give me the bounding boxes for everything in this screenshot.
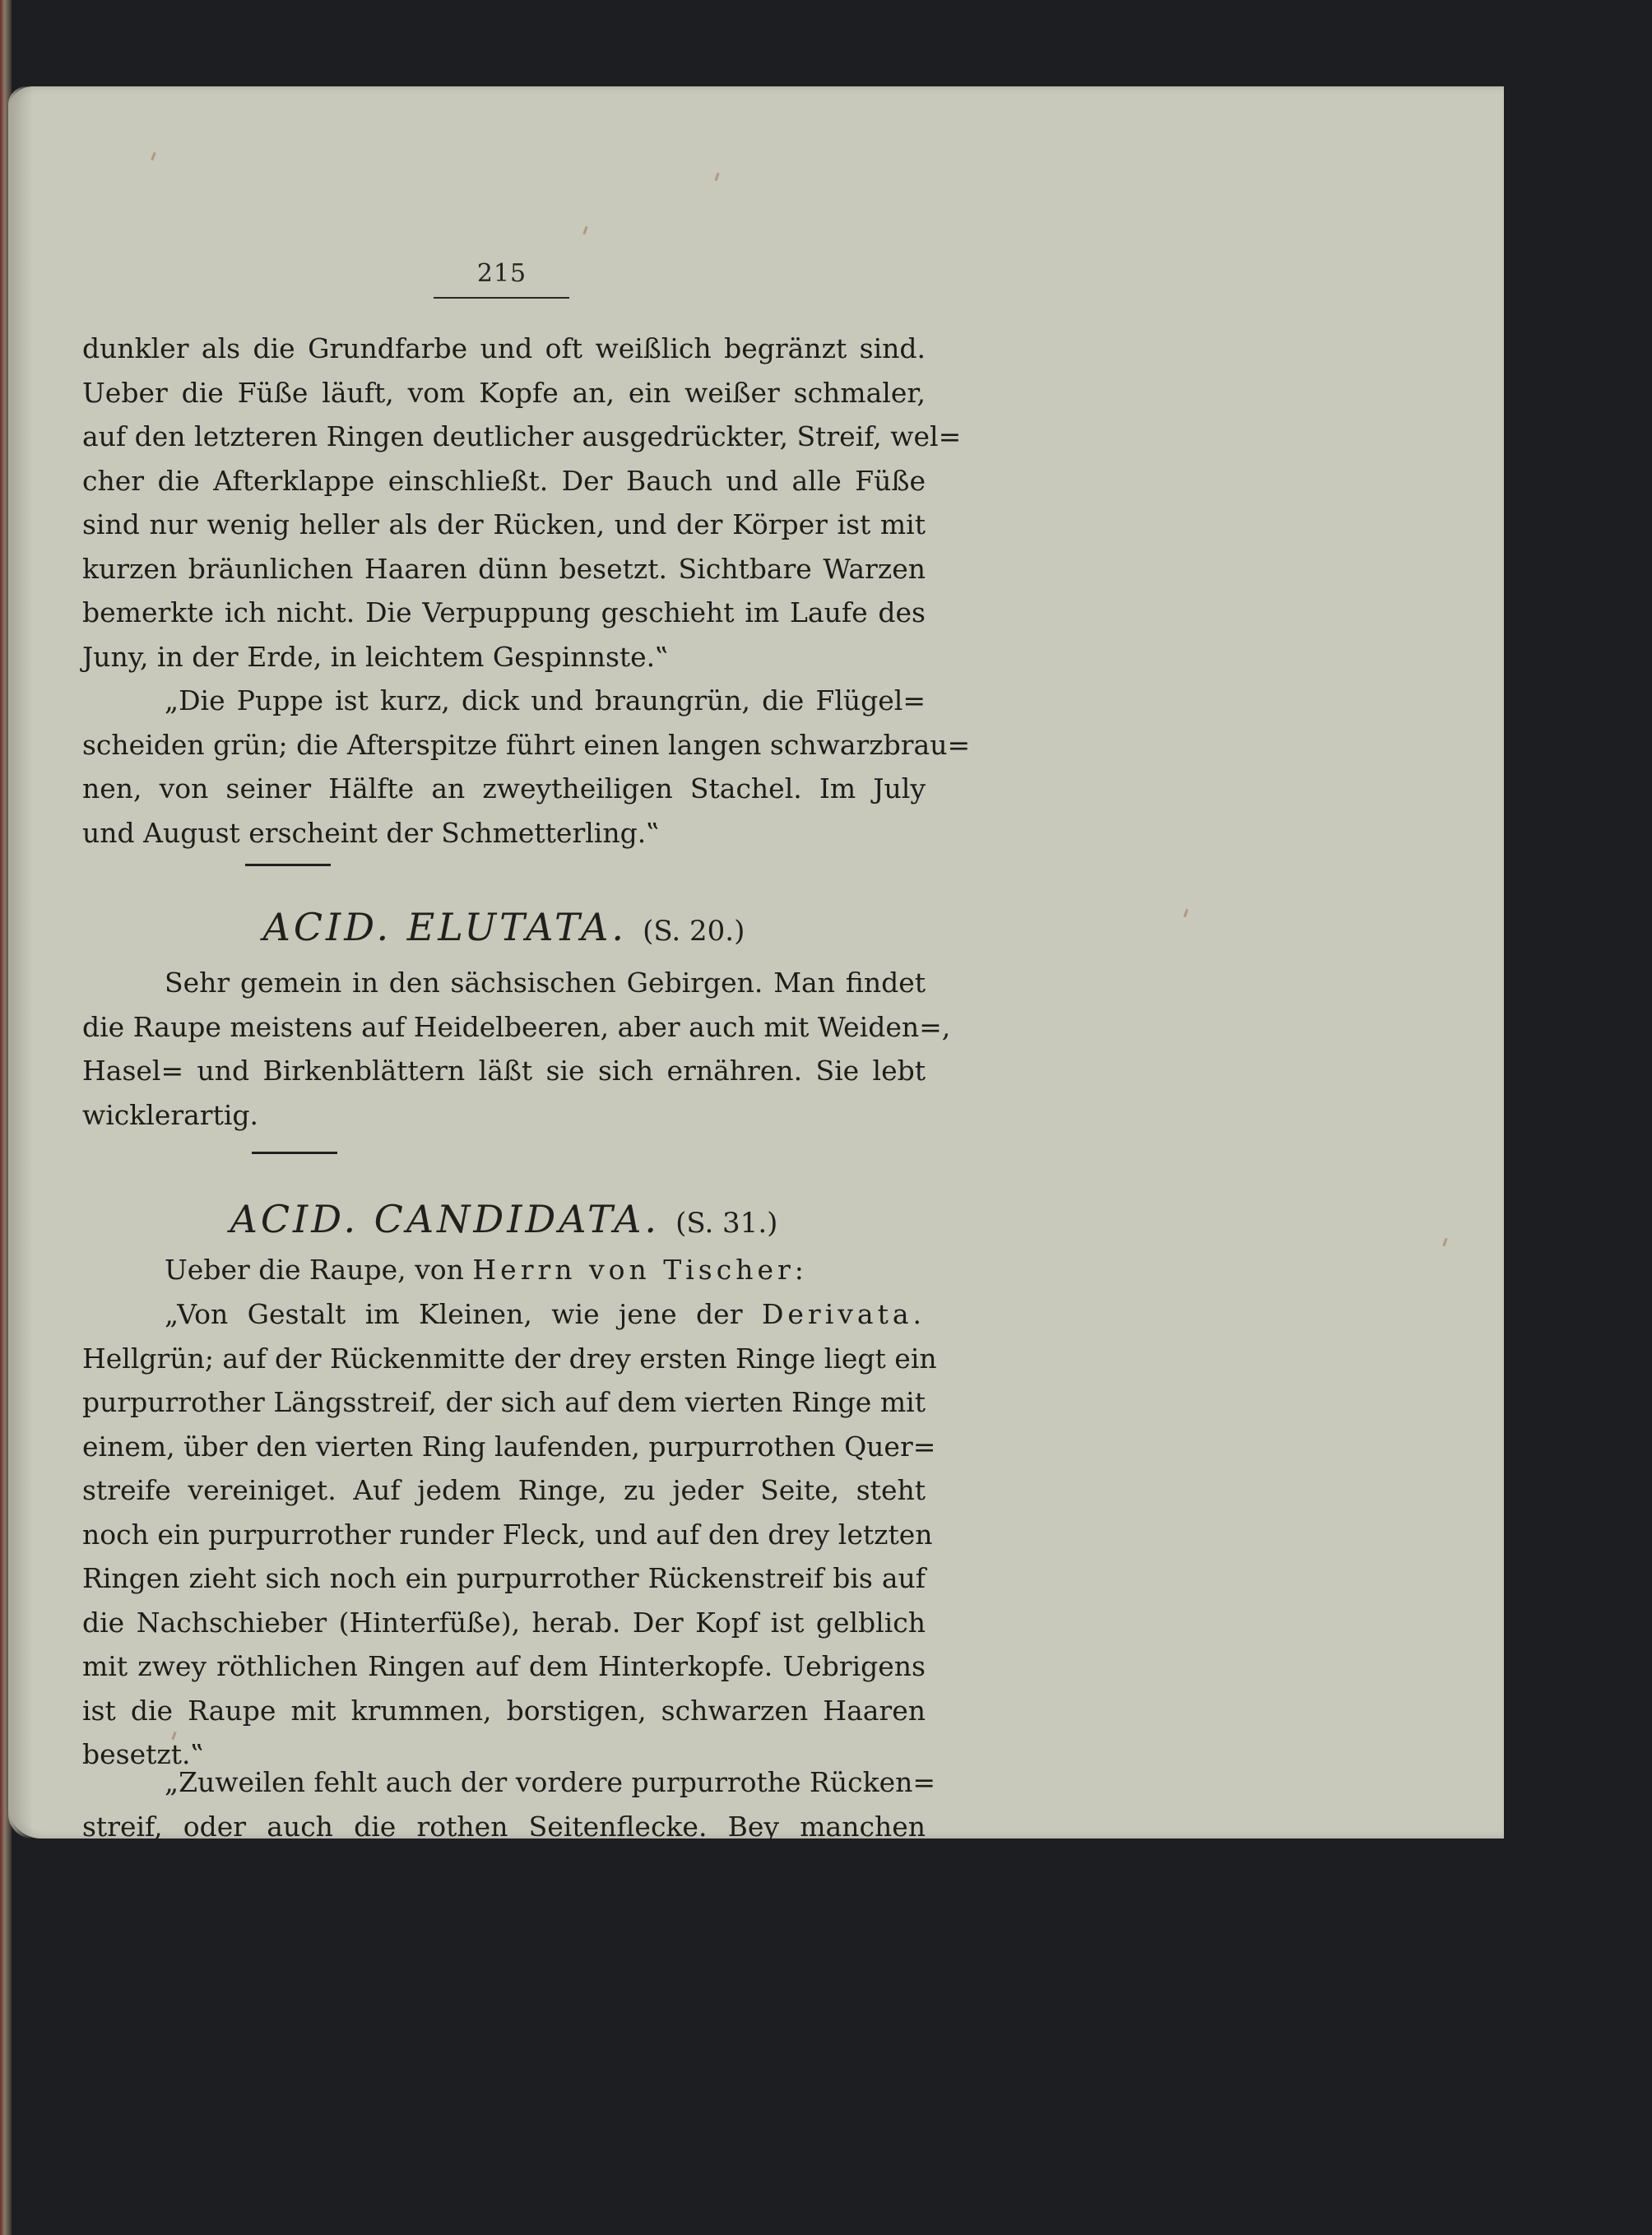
paper-speck	[1442, 1238, 1447, 1246]
paper-speck	[582, 226, 587, 234]
text-line: Juny, in der Erde, in leichtem Gespinnst…	[82, 635, 926, 679]
text-line: „Von Gestalt im Kleinen, wie jene der De…	[82, 1292, 926, 1337]
page-number-rule	[434, 297, 569, 299]
intro-text: Ueber die Raupe, von	[165, 1254, 472, 1286]
text-line: Ringen zieht sich noch ein purpurrother …	[82, 1556, 926, 1601]
text-line: mit zwey röthlichen Ringen auf dem Hinte…	[82, 1644, 926, 1689]
species-reference: Derivata.	[762, 1298, 926, 1330]
text-line: die Raupe meistens auf Heidelbeeren, abe…	[82, 1005, 926, 1050]
text-line: streife vereiniget. Auf jedem Ringe, zu …	[82, 1468, 926, 1513]
text-line: streif, oder auch die rothen Seitenfleck…	[82, 1805, 926, 1849]
paper-speck	[1183, 909, 1188, 917]
text-line: und August erscheint der Schmetterling.‟	[82, 811, 926, 856]
section-heading-candidata: ACID. CANDIDATA. (S. 31.)	[82, 1197, 926, 1241]
candidata-intro: Ueber die Raupe, von Herrn von Tischer:	[82, 1248, 926, 1292]
candidata-description-paragraph: „Von Gestalt im Kleinen, wie jene der De…	[82, 1292, 926, 1777]
elutata-paragraph: Sehr gemein in den sächsischen Gebirgen.…	[82, 961, 926, 1137]
text-line: einem, über den vierten Ring laufenden, …	[82, 1425, 926, 1469]
section-divider	[245, 864, 331, 866]
continuation-paragraph: dunkler als die Grundfarbe und oft weißl…	[82, 327, 926, 679]
text-line: ist die Raupe mit krummen, borstigen, sc…	[82, 1689, 926, 1733]
text-line: „Zuweilen fehlt auch der vordere purpurr…	[82, 1760, 926, 1805]
text-line: cher die Afterklappe einschließt. Der Ba…	[82, 459, 926, 503]
text-line: scheiden grün; die Afterspitze führt ein…	[82, 723, 926, 767]
text-line: wicklerartig.	[82, 1093, 926, 1138]
text-line: nen, von seiner Hälfte an zweytheiligen …	[82, 767, 926, 811]
text-line: „Die Puppe ist kurz, dick und braungrün,…	[82, 679, 926, 723]
species-title: ACID. ELUTATA.	[263, 905, 627, 949]
text-line: dunkler als die Grundfarbe und oft weißl…	[82, 327, 926, 371]
text-line: Sehr gemein in den sächsischen Gebirgen.…	[82, 961, 926, 1005]
text-line: die Nachschieber (Hinterfüße), herab. De…	[82, 1601, 926, 1645]
text-line: purpurrother Längsstreif, der sich auf d…	[82, 1380, 926, 1425]
candidata-variation-paragraph: „Zuweilen fehlt auch der vordere purpurr…	[82, 1760, 926, 1848]
species-title: ACID. CANDIDATA.	[230, 1197, 660, 1241]
paper-speck	[151, 152, 155, 160]
section-heading-elutata: ACID. ELUTATA. (S. 20.)	[82, 905, 926, 949]
text-line: Hasel= und Birkenblättern läßt sie sich …	[82, 1049, 926, 1093]
section-divider	[252, 1152, 337, 1154]
paper-speck	[714, 173, 719, 181]
text-line: Ueber die Raupe, von Herrn von Tischer:	[82, 1248, 926, 1292]
text-line: Hellgrün; auf der Rückenmitte der drey e…	[82, 1337, 926, 1381]
page-reference: (S. 20.)	[643, 915, 745, 948]
text-line: noch ein purpurrother runder Fleck, und …	[82, 1513, 926, 1557]
text-line: Ueber die Füße läuft, vom Kopfe an, ein …	[82, 371, 926, 415]
intro-colon: :	[795, 1254, 804, 1286]
author-name: Herrn von Tischer	[472, 1254, 794, 1286]
text-line: kurzen bräunlichen Haaren dünn besetzt. …	[82, 547, 926, 591]
text-line: sind nur wenig heller als der Rücken, un…	[82, 503, 926, 547]
page-number: 215	[428, 259, 576, 288]
quote-text: „Von Gestalt im Kleinen, wie jene der	[165, 1298, 762, 1330]
text-line: bemerkte ich nicht. Die Verpuppung gesch…	[82, 591, 926, 635]
page-reference: (S. 31.)	[675, 1207, 777, 1240]
pupa-paragraph: „Die Puppe ist kurz, dick und braungrün,…	[82, 679, 926, 855]
text-line: auf den letzteren Ringen deutlicher ausg…	[82, 415, 926, 459]
